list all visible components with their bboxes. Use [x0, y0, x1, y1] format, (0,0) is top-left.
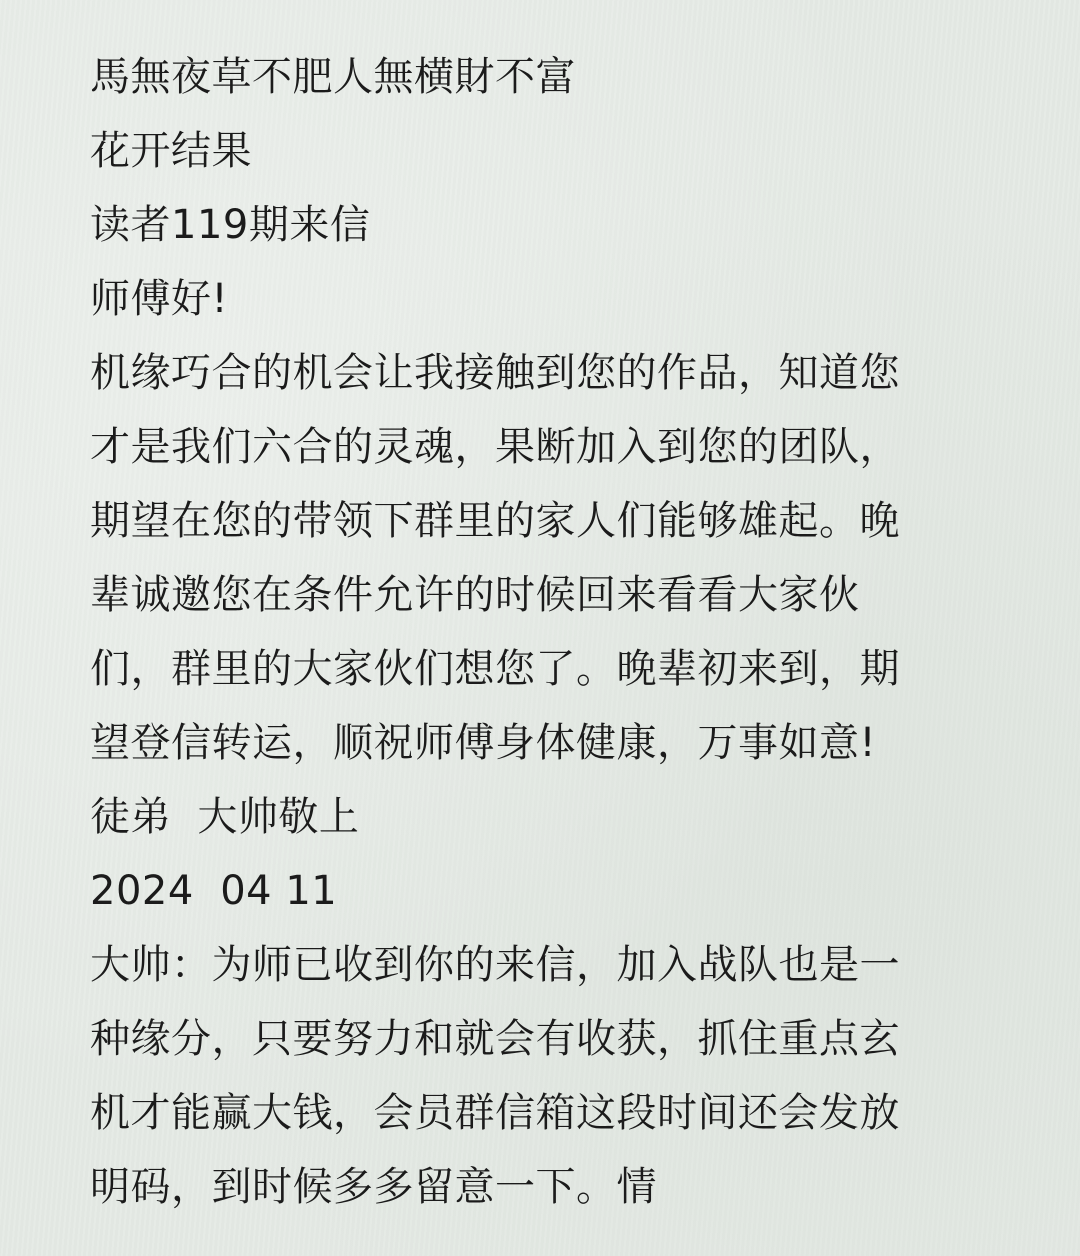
- reply-line: 种缘分，只要努力和就会有收获，抓住重点玄: [90, 1002, 980, 1076]
- issue-label: 读者119期来信: [90, 188, 980, 262]
- letter-page: 馬無夜草不肥人無横財不富 花开结果 读者119期来信 师傅好! 机缘巧合的机会让…: [90, 40, 980, 1224]
- letter-signature: 徒弟 大帅敬上: [90, 780, 980, 854]
- letter-date: 2024 04 11: [90, 854, 980, 928]
- letter-body: 机缘巧合的机会让我接触到您的作品，知道您 才是我们六合的灵魂，果断加入到您的团队…: [90, 336, 980, 780]
- reply-body: 大帅：为师已收到你的来信，加入战队也是一 种缘分，只要努力和就会有收获，抓住重点…: [90, 928, 980, 1224]
- document-title: 馬無夜草不肥人無横財不富: [90, 40, 980, 114]
- document-subtitle: 花开结果: [90, 114, 980, 188]
- reply-line: 大帅：为师已收到你的来信，加入战队也是一: [90, 928, 980, 1002]
- letter-body-line: 望登信转运，顺祝师傅身体健康，万事如意!: [90, 706, 980, 780]
- reply-line: 明码，到时候多多留意一下。情: [90, 1150, 980, 1224]
- letter-greeting: 师傅好!: [90, 262, 980, 336]
- letter-body-line: 期望在您的带领下群里的家人们能够雄起。晚: [90, 484, 980, 558]
- letter-body-line: 辈诚邀您在条件允许的时候回来看看大家伙: [90, 558, 980, 632]
- letter-body-line: 才是我们六合的灵魂，果断加入到您的团队，: [90, 410, 980, 484]
- reply-line: 机才能赢大钱，会员群信箱这段时间还会发放: [90, 1076, 980, 1150]
- letter-body-line: 机缘巧合的机会让我接触到您的作品，知道您: [90, 336, 980, 410]
- letter-body-line: 们，群里的大家伙们想您了。晚辈初来到，期: [90, 632, 980, 706]
